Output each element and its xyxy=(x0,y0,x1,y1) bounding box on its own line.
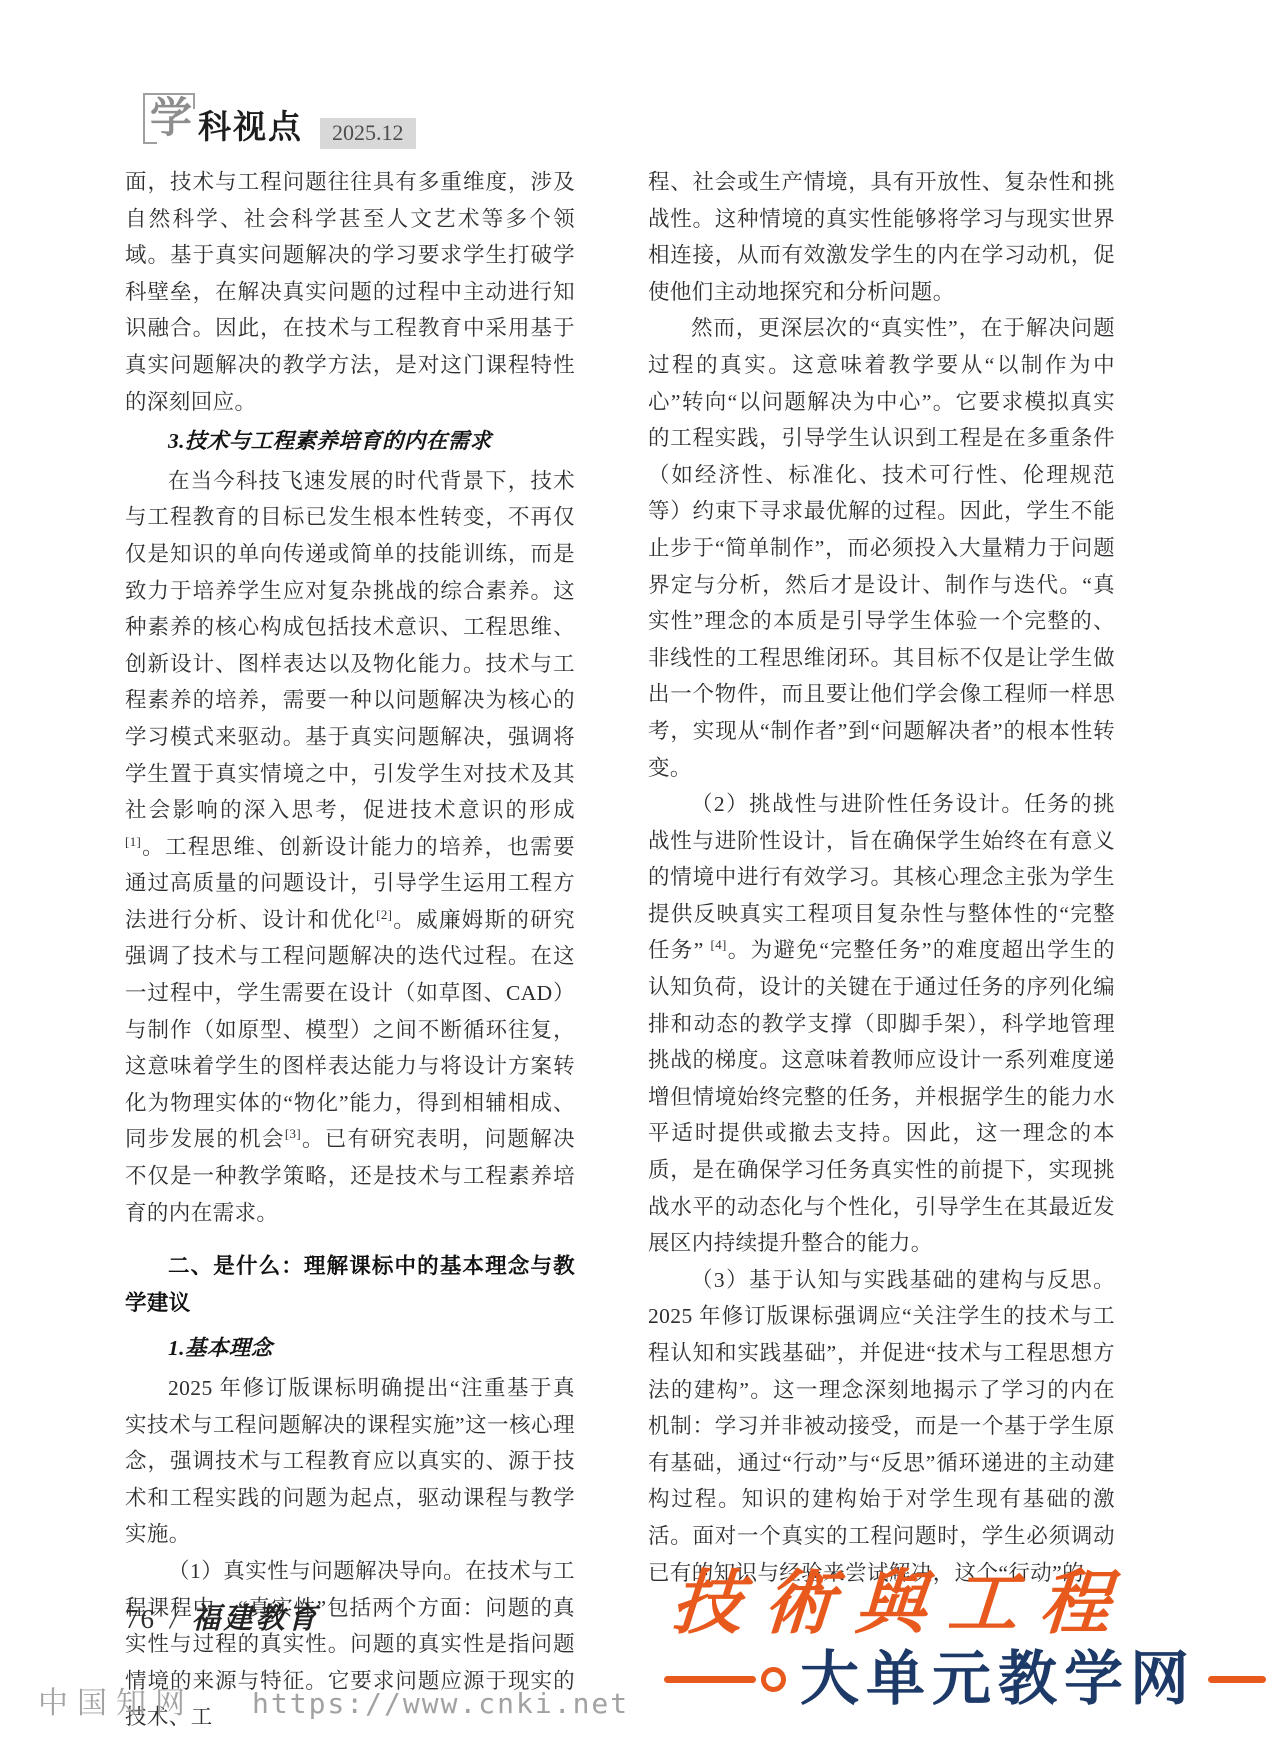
article-body: 面，技术与工程问题往往具有多重维度，涉及自然科学、社会科学甚至人文艺术等多个领域… xyxy=(125,164,1115,1736)
dash-left-icon xyxy=(664,1676,756,1683)
paragraph: 然而，更深层次的“真实性”，在于解决问题过程的真实。这意味着教学要从“以制作为中… xyxy=(648,310,1115,786)
footnote-ref: [1] xyxy=(125,835,141,849)
issue-badge: 2025.12 xyxy=(320,118,416,149)
left-column: 面，技术与工程问题往往具有多重维度，涉及自然科学、社会科学甚至人文艺术等多个领域… xyxy=(125,164,575,1736)
ring-icon xyxy=(761,1667,786,1692)
sub-heading: 3.技术与工程素养培育的内在需求 xyxy=(125,423,575,460)
stamp-title: 技術與工程 xyxy=(669,1566,1134,1643)
watermark-url: https://www.cnki.net xyxy=(252,1687,629,1720)
paragraph: 在当今科技飞速发展的时代背景下，技术与工程教育的目标已发生根本性转变，不再仅仅是… xyxy=(125,463,575,1231)
journal-logo: 福建教育 xyxy=(192,1596,320,1637)
paragraph: 程、社会或生产情境，具有开放性、复杂性和挑战性。这种情境的真实性能够将学习与现实… xyxy=(648,164,1115,310)
journal-page: 学 科视点 2025.12 面，技术与工程问题往往具有多重维度，涉及自然科学、社… xyxy=(0,0,1281,1742)
paragraph: 面，技术与工程问题往往具有多重维度，涉及自然科学、社会科学甚至人文艺术等多个领域… xyxy=(125,164,575,420)
paragraph: （2）挑战性与进阶性任务设计。任务的挑战性与进阶性设计，旨在确保学生始终在有意义… xyxy=(648,786,1115,1262)
stamp-site-name: 大单元教学网 xyxy=(800,1650,1196,1709)
footnote-ref: [3] xyxy=(285,1127,301,1141)
section-heading: 二、是什么：理解课标中的基本理念与教学建议 xyxy=(125,1248,575,1321)
watermark-name: 中国知网 xyxy=(38,1678,194,1722)
dash-right-icon xyxy=(1208,1676,1266,1683)
sub-heading: 1.基本理念 xyxy=(125,1330,575,1367)
footnote-ref: [4] xyxy=(711,938,727,952)
footer-pageinfo: 76 / 福建教育 xyxy=(125,1596,320,1637)
footnote-ref: [2] xyxy=(376,908,392,922)
paragraph: （3）基于认知与实践基础的建构与反思。2025 年修订版课标强调应“关注学生的技… xyxy=(648,1262,1115,1591)
page-number: 76 xyxy=(125,1604,156,1635)
right-column: 程、社会或生产情境，具有开放性、复杂性和挑战性。这种情境的真实性能够将学习与现实… xyxy=(648,164,1115,1736)
footer-separator: / xyxy=(170,1604,178,1635)
section-series-title: 学 xyxy=(150,98,192,140)
paragraph: 2025 年修订版课标明确提出“注重基于真实技术与工程问题解决的课程实施”这一核… xyxy=(125,1370,575,1553)
section-series-title: 科视点 xyxy=(198,112,303,145)
cnki-watermark: 中国知网 https://www.cnki.net xyxy=(38,1678,629,1722)
stamp-site-row: 大单元教学网 xyxy=(664,1650,1266,1709)
